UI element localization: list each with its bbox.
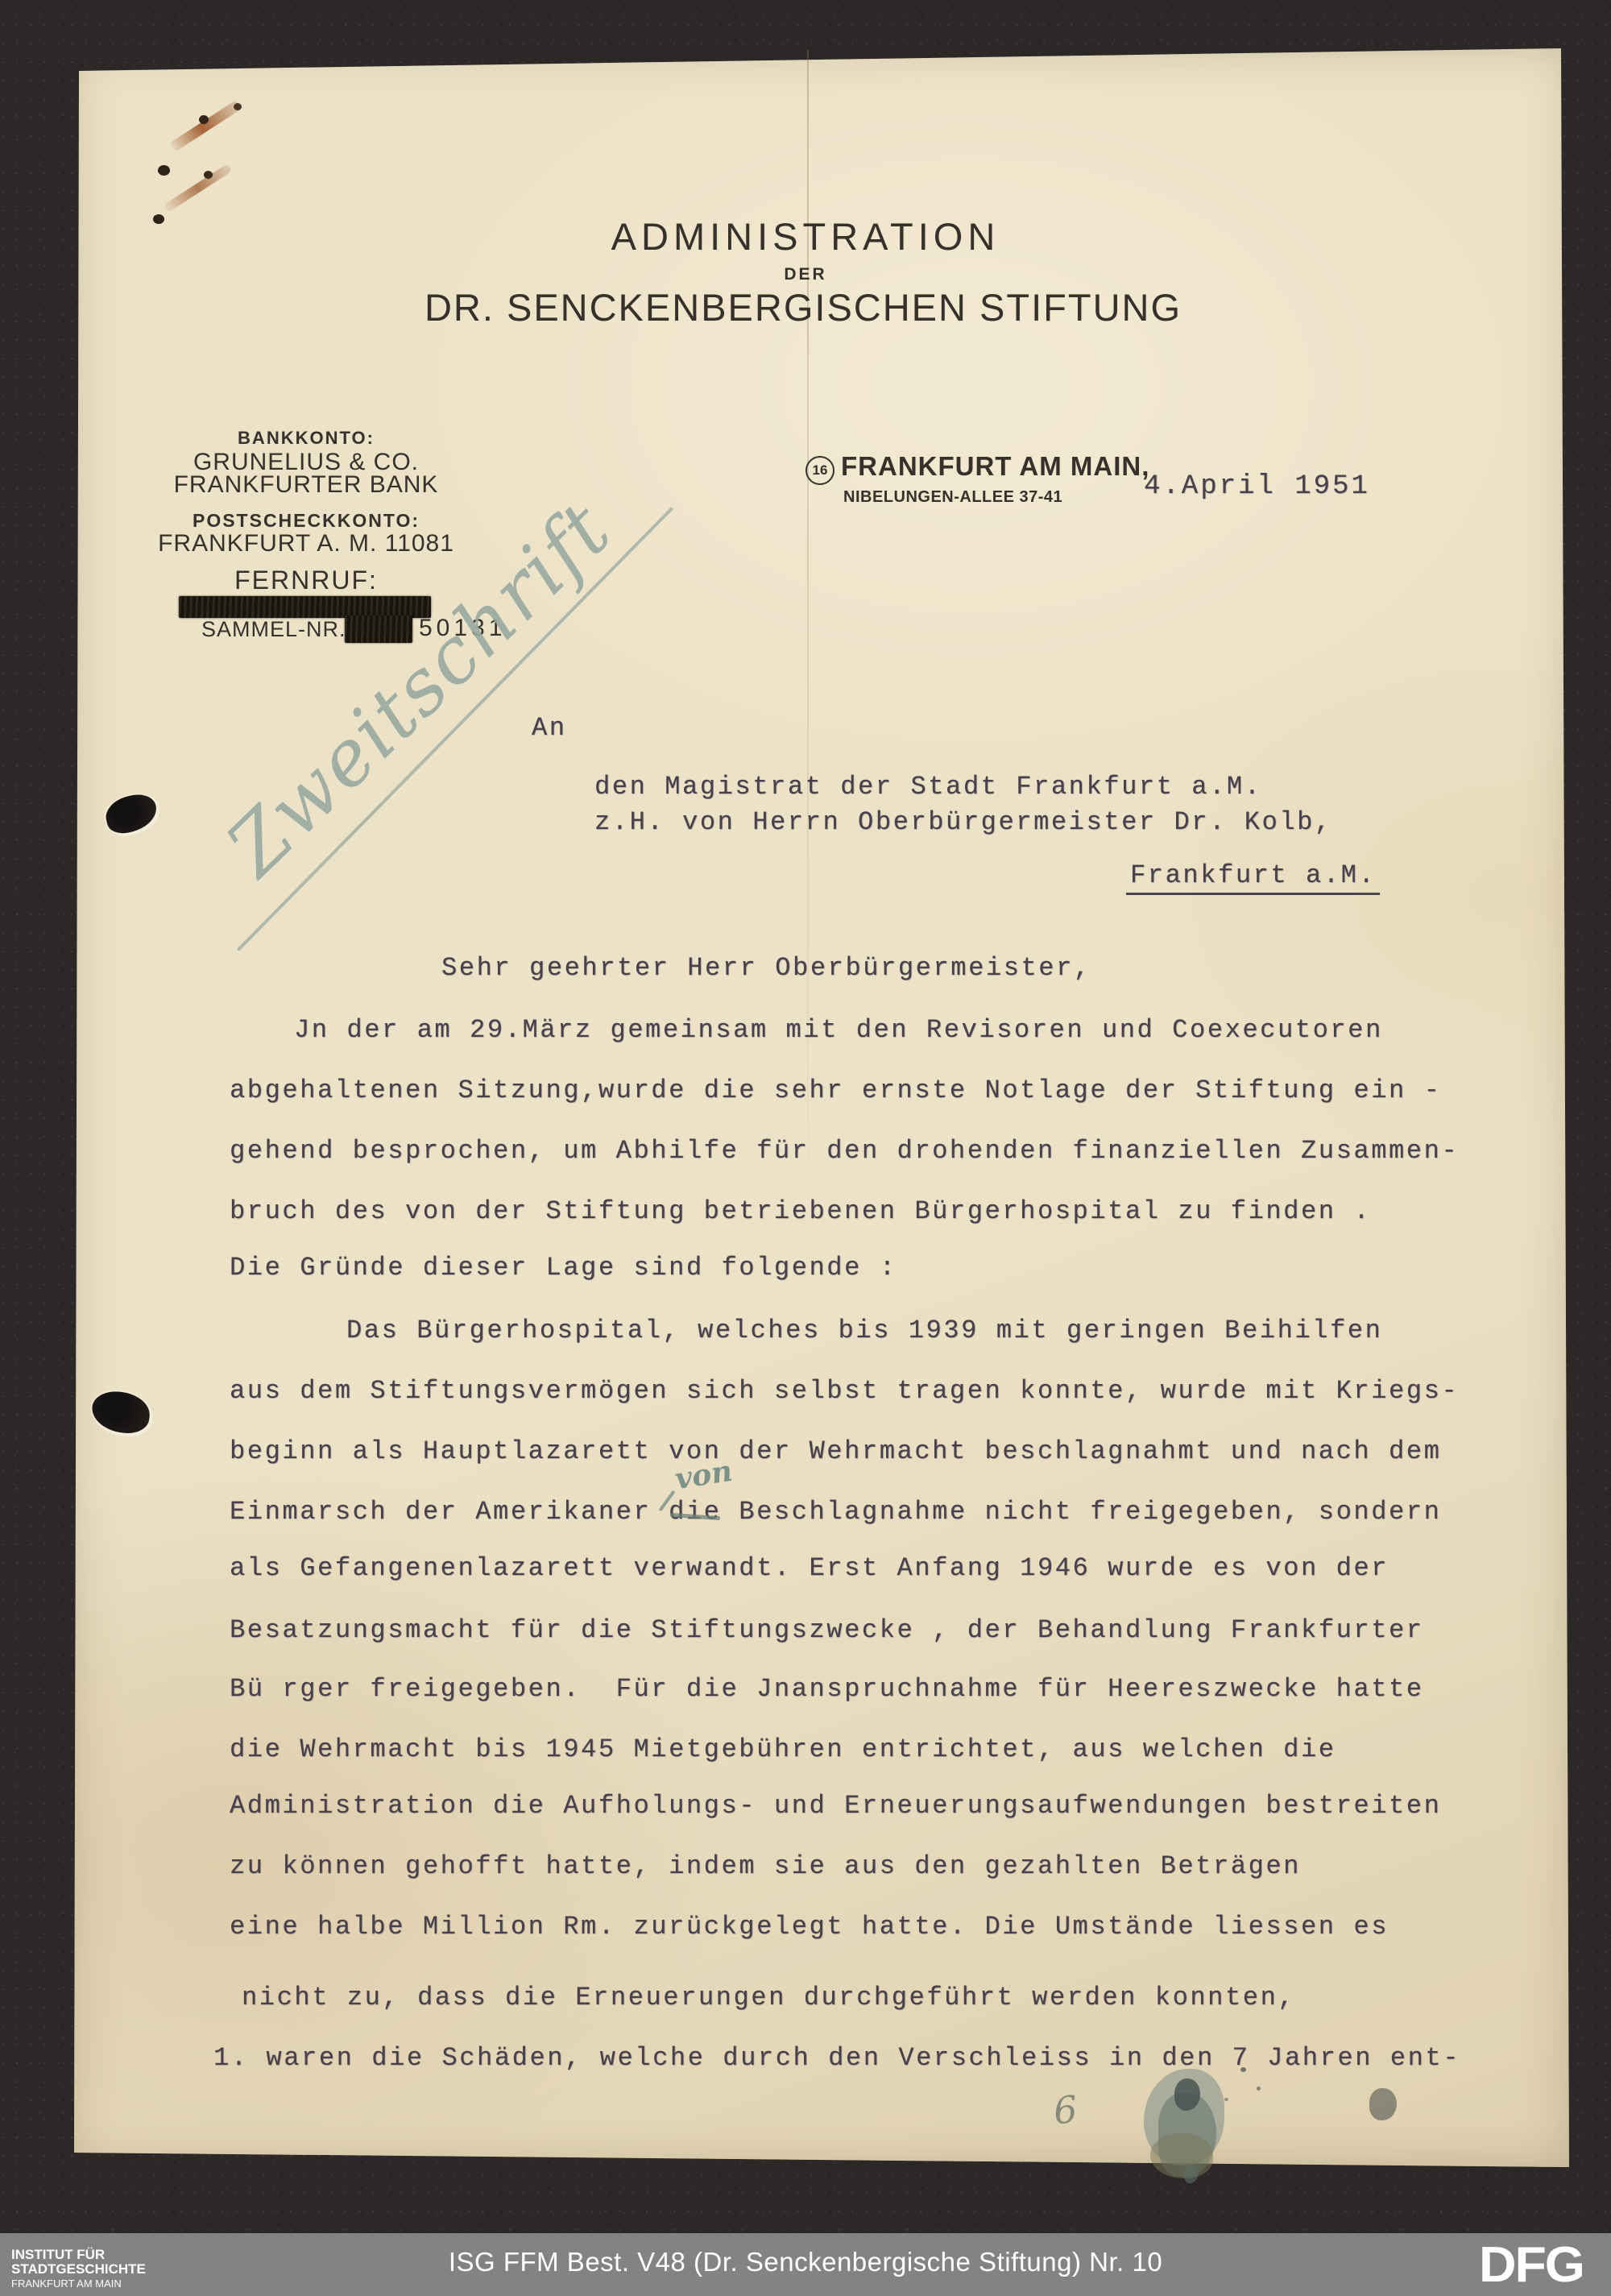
staple-hole-mark [199,115,209,124]
letterhead-subtitle: DR. SENCKENBERGISCHEN STIFTUNG [424,285,1182,329]
body-line: Administration die Aufholungs- und Erneu… [230,1791,1441,1821]
staple-hole-mark [158,165,170,176]
letterhead-title: ADMINISTRATION [611,214,1000,259]
scanned-letter-page: ADMINISTRATION DER DR. SENCKENBERGISCHEN… [0,0,1611,2296]
phone-label: FERNRUF: [234,566,378,595]
body-line: zu können gehofft hatte, indem sie aus d… [230,1851,1301,1881]
body-line: 1. waren die Schäden, welche durch den V… [213,2043,1460,2073]
paper-sheet [71,47,1571,2167]
sender-city: FRANKFURT AM MAIN, [841,451,1149,482]
body-line: als Gefangenenlazarett verwandt. Erst An… [230,1553,1389,1583]
ink-speck [1240,2067,1246,2072]
recipient-city: Frankfurt a.M. [1126,860,1380,895]
sammel-label: SAMMEL-NR. [201,617,346,642]
body-line: Das Bürgerhospital, welches bis 1939 mit… [346,1316,1382,1345]
letterhead-der: DER [784,265,826,284]
postal-account-value: FRANKFURT A. M. 11081 [158,530,454,557]
staple-hole-mark [234,103,242,110]
body-line: nicht zu, dass die Erneuerungen durchgef… [242,1983,1295,2012]
body-line: abgehaltenen Sitzung,wurde die sehr erns… [230,1075,1441,1105]
recipient-line-2: z.H. von Herrn Oberbürgermeister Dr. Kol… [594,807,1332,837]
body-line: bruch des von der Stiftung betriebenen B… [230,1196,1371,1226]
ink-stain [1150,2133,1213,2178]
body-line: eine halbe Million Rm. zurückgelegt hatt… [230,1912,1389,1942]
dfg-logo: DFG [1479,2236,1584,2294]
ink-speck [1224,2098,1228,2101]
ink-speck [1257,2087,1261,2091]
body-line: die Wehrmacht bis 1945 Mietgebühren entr… [230,1734,1336,1764]
recipient-line-1: den Magistrat der Stadt Frankfurt a.M. [594,772,1262,802]
body-line: beginn als Hauptlazarett von der Wehrmac… [230,1436,1441,1466]
body-line: Jn der am 29.März gemeinsam mit den Revi… [294,1015,1383,1045]
sender-street: NIBELUNGEN-ALLEE 37-41 [843,488,1062,507]
body-line: gehend besprochen, um Abhilfe für den dr… [230,1136,1459,1166]
pencil-page-number: 6 [1052,2087,1079,2132]
ink-stain-drip [1184,2164,1199,2183]
postal-account-label: POSTSCHECKKONTO: [193,510,420,532]
body-line: Bü rger freigegeben. Für die Jnanspruchn… [230,1674,1424,1704]
recipient-an: An [532,713,567,743]
bank-name-2: FRANKFURTER BANK [174,471,439,499]
postal-zone-badge: 16 [805,456,834,485]
bank-label: BANKKONTO: [238,428,375,449]
redaction-bar-phone [179,596,431,618]
body-line: Sehr geehrter Herr Oberbürgermeister, [441,953,1091,983]
staple-hole-mark [204,171,213,179]
body-line: Einmarsch der Amerikaner die Beschlagnah… [230,1497,1441,1527]
letter-date: 4.April 1951 [1144,471,1370,502]
staple-hole-mark [153,214,164,224]
body-line: Besatzungsmacht für die Stiftungszwecke … [230,1615,1424,1645]
institute-logo-line3: FRANKFURT AM MAIN [11,2278,122,2290]
body-line: Die Gründe dieser Lage sind folgende : [230,1253,897,1283]
body-line: aus dem Stiftungsvermögen sich selbst tr… [230,1376,1459,1406]
redaction-bar-sammel [345,615,412,643]
archive-caption: ISG FFM Best. V48 (Dr. Senckenbergische … [0,2247,1611,2277]
